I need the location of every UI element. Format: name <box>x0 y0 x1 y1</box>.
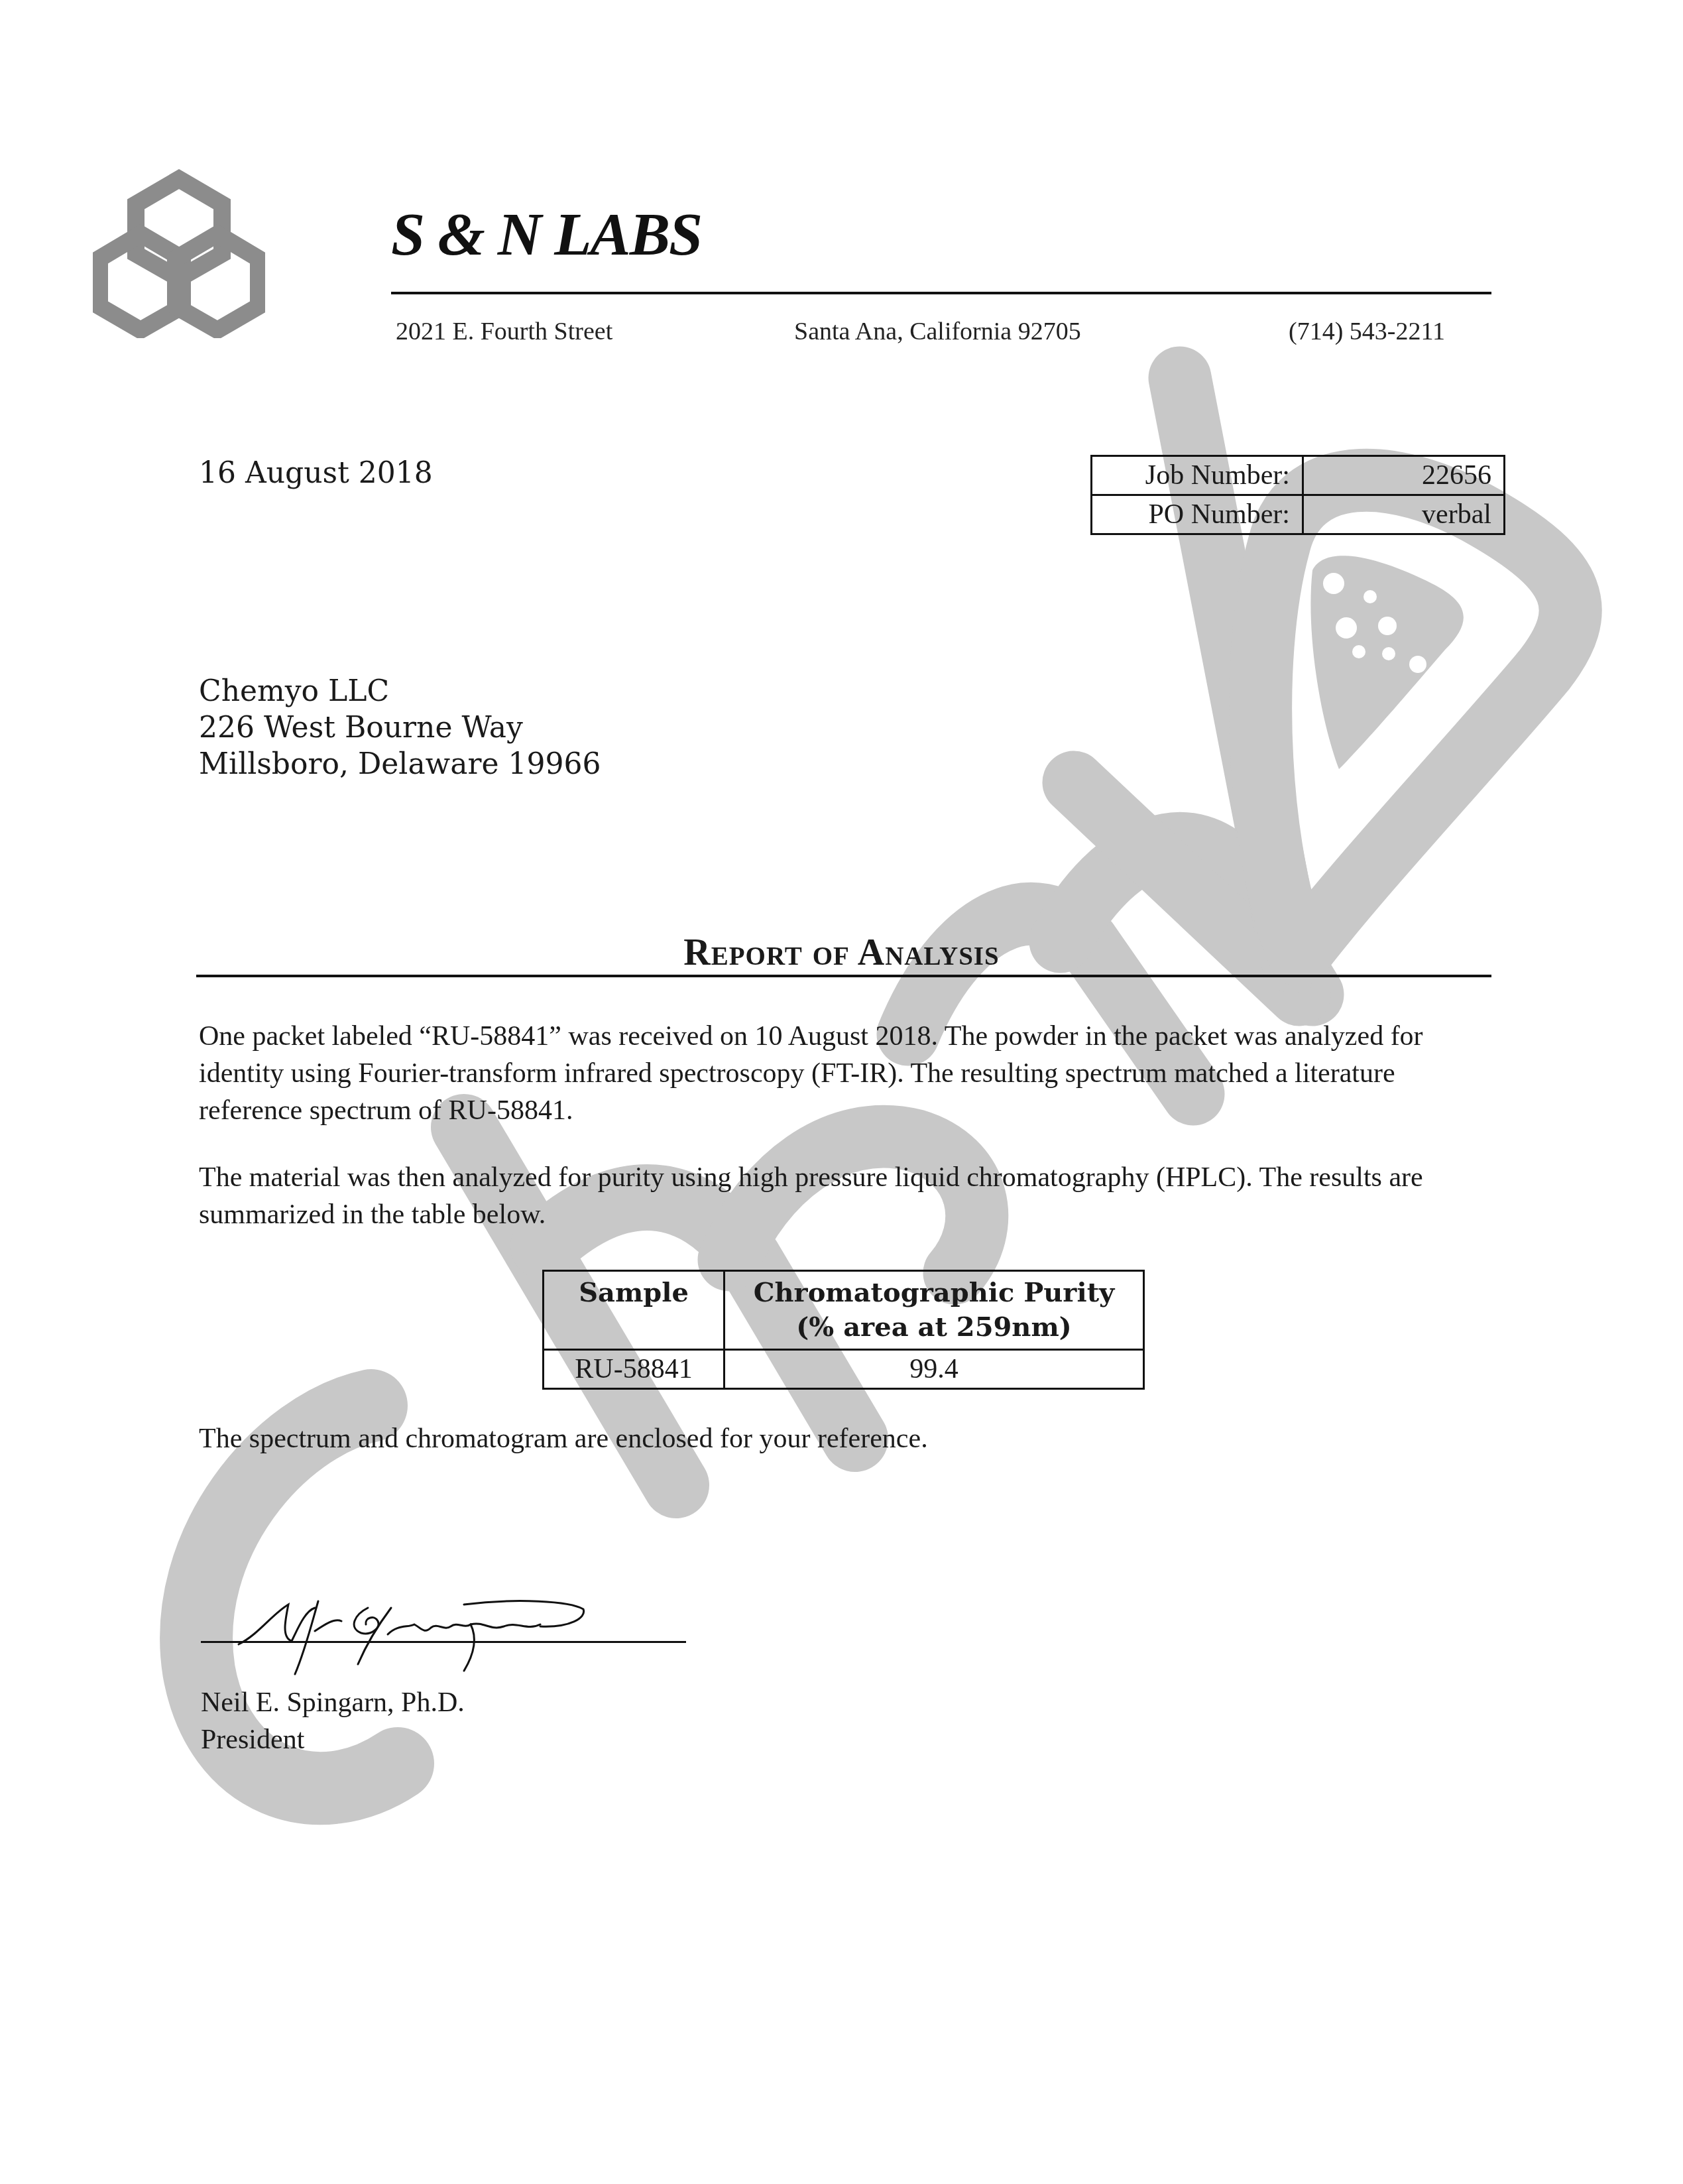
table-row: PO Number: verbal <box>1092 495 1505 534</box>
reference-table: Job Number: 22656 PO Number: verbal <box>1090 455 1505 535</box>
table-row: Job Number: 22656 <box>1092 456 1505 495</box>
company-name: S & N LABS <box>391 199 701 269</box>
table-row: RU-58841 99.4 <box>544 1350 1144 1389</box>
paragraph-identity: One packet labeled “RU-58841” was receiv… <box>199 1018 1498 1129</box>
purity-results-table: Sample Chromatographic Purity (% area at… <box>542 1270 1145 1390</box>
po-number-label: PO Number: <box>1092 495 1303 534</box>
company-phone: (714) 543-2211 <box>1289 317 1445 346</box>
paragraph-purity: The material was then analyzed for purit… <box>199 1159 1498 1233</box>
report-title: Report of Analysis <box>0 932 1683 974</box>
recipient-street: 226 West Bourne Way <box>199 709 601 746</box>
company-city: Santa Ana, California 92705 <box>794 317 1081 346</box>
po-number-value: verbal <box>1303 495 1505 534</box>
recipient-name: Chemyo LLC <box>199 673 601 709</box>
recipient-city: Millsboro, Delaware 19966 <box>199 746 601 782</box>
title-rule <box>196 975 1491 977</box>
handwritten-signature <box>225 1588 597 1681</box>
paragraph-enclosure: The spectrum and chromatogram are enclos… <box>199 1420 1498 1457</box>
signer-title: President <box>201 1721 465 1758</box>
signature-line <box>201 1641 686 1643</box>
job-number-value: 22656 <box>1303 456 1505 495</box>
hexagon-cluster-icon <box>93 159 265 338</box>
sample-cell: RU-58841 <box>544 1350 725 1389</box>
column-header-sample: Sample <box>544 1271 725 1350</box>
column-header-purity: Chromatographic Purity (% area at 259nm) <box>725 1271 1144 1350</box>
signer-name: Neil E. Spingarn, Ph.D. <box>201 1684 465 1721</box>
table-header-row: Sample Chromatographic Purity (% area at… <box>544 1271 1144 1350</box>
recipient-address: Chemyo LLC 226 West Bourne Way Millsboro… <box>199 673 601 782</box>
purity-header-line2: (% area at 259nm) <box>738 1310 1130 1345</box>
job-number-label: Job Number: <box>1092 456 1303 495</box>
signer-block: Neil E. Spingarn, Ph.D. President <box>201 1684 465 1758</box>
company-street: 2021 E. Fourth Street <box>396 317 612 346</box>
letter-date: 16 August 2018 <box>199 456 433 490</box>
purity-header-line1: Chromatographic Purity <box>738 1276 1130 1310</box>
header-rule <box>391 292 1491 294</box>
purity-cell: 99.4 <box>725 1350 1144 1389</box>
